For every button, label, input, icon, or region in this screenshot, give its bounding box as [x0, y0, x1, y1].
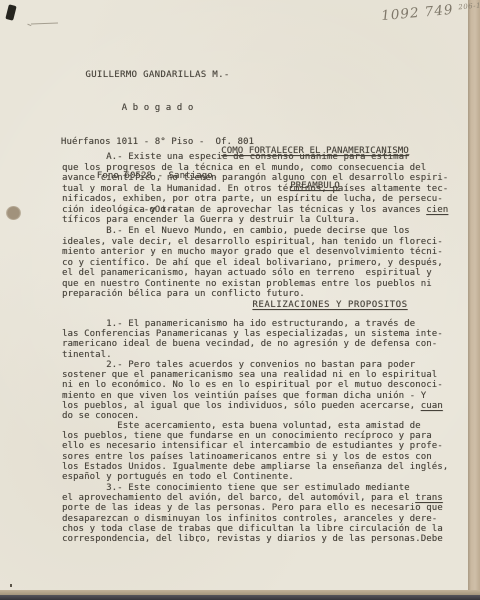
- paragraph-2-text-end: do se conocen.: [62, 411, 139, 421]
- corner-ink-mark: [5, 4, 16, 20]
- paragraph-3-text: 3.- Este conocimiento tiene que ser esti…: [62, 483, 415, 503]
- pencil-dash-mark: [31, 23, 58, 27]
- paragraph-a-text: A.- Existe una especie de consenso unáni…: [62, 152, 448, 215]
- paragraph-3: 3.- Este conocimiento tiene que ser esti…: [62, 483, 474, 544]
- paragraph-a-text-end: tíficos para encender la Guerra y destru…: [62, 215, 360, 225]
- scanned-document-page: 1092 749 206-1 GUILLERMO GANDARILLAS M.-…: [0, 0, 480, 600]
- paragraph-2: 2.- Pero tales acuerdos y convenios no b…: [62, 360, 474, 421]
- paragraph-3-text-end: porte de las ideas y de las personas. Pe…: [62, 503, 443, 544]
- catalog-number: 1092 749: [381, 2, 455, 24]
- paragraph-a-underlined-fragment: cien: [426, 205, 448, 215]
- letterhead-name: GUILLERMO GANDARILLAS M.-: [55, 70, 260, 81]
- paragraph-2-underlined-fragment: cuan: [421, 401, 443, 411]
- catalog-suffix: 206-1: [458, 1, 480, 11]
- handwritten-catalog-number: 1092 749 206-1: [380, 0, 477, 24]
- dust-speck: [10, 584, 12, 587]
- paragraph-a: A.- Existe una especie de consenso unáni…: [62, 152, 474, 226]
- paragraph-3-underlined-fragment: trans: [415, 493, 443, 503]
- letterhead-role: A b o g a d o: [55, 103, 260, 114]
- paragraph-2-text: 2.- Pero tales acuerdos y convenios no b…: [62, 360, 443, 411]
- punch-hole-stain: [6, 206, 21, 220]
- section-heading-block: REALIZACIONES Y PROPOSITOS: [170, 300, 480, 310]
- paragraph-1: 1.- El panamericanismo ha ido estructura…: [62, 319, 474, 360]
- paragraph-este: Este acercamiento, esta buena voluntad, …: [62, 421, 474, 482]
- section-heading: REALIZACIONES Y PROPOSITOS: [252, 300, 407, 310]
- scanner-background-strip: [0, 595, 480, 600]
- paragraph-b: B.- En el Nuevo Mundo, en cambio, puede …: [62, 226, 474, 300]
